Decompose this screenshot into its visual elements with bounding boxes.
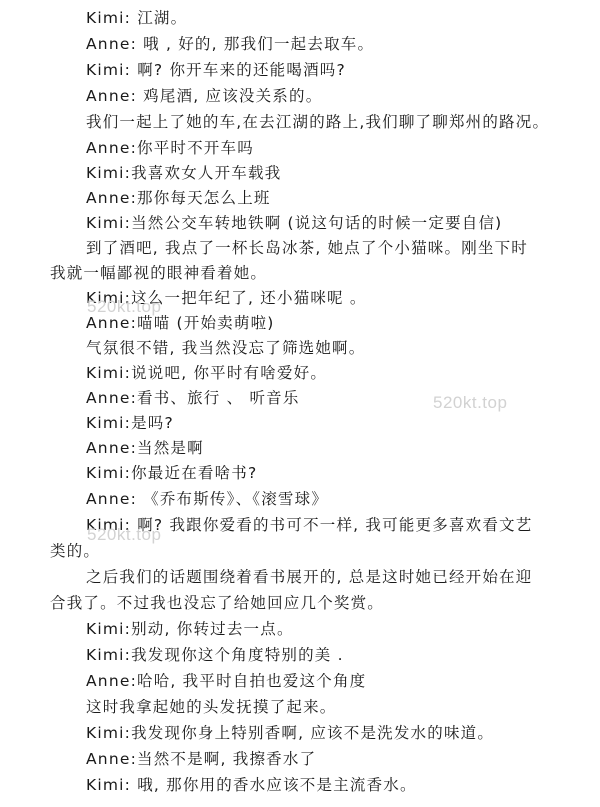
dialogue-line: Kimi:说说吧, 你平时有啥爱好。 [86, 363, 327, 383]
narration-line: 到了酒吧, 我点了一杯长岛冰茶, 她点了个小猫咪。刚坐下时 [86, 238, 528, 258]
dialogue-line: Kimi:我发现你这个角度特别的美 . [86, 645, 344, 665]
narration-line: 这时我拿起她的头发抚摸了起来。 [86, 697, 337, 717]
dialogue-line: Anne:你平时不开车吗 [86, 138, 254, 158]
document-page: Kimi: 江湖。 Anne: 哦 , 好的, 那我们一起去取车。 Kimi: … [0, 0, 600, 807]
watermark: 520kt.top [433, 393, 507, 413]
dialogue-line: Anne: 鸡尾酒, 应该没关系的。 [86, 86, 322, 106]
narration-line: 之后我们的话题围绕着看书展开的, 总是这时她已经开始在迎 [86, 567, 532, 587]
dialogue-line: Kimi:是吗? [86, 413, 174, 433]
narration-line: 我们一起上了她的车,在去江湖的路上,我们聊了聊郑州的路况。 [86, 112, 549, 132]
dialogue-line: Kimi:别动, 你转过去一点。 [86, 619, 294, 639]
dialogue-line: Kimi: 哦, 那你用的香水应该不是主流香水。 [86, 775, 417, 795]
narration-line: 气氛很不错, 我当然没忘了筛选她啊。 [86, 338, 365, 358]
dialogue-line: Kimi:我喜欢女人开车载我 [86, 163, 281, 183]
dialogue-line: Anne:当然不是啊, 我擦香水了 [86, 749, 316, 769]
narration-line: 我就一幅鄙视的眼神看着她。 [50, 263, 267, 283]
dialogue-line: Anne: 哦 , 好的, 那我们一起去取车。 [86, 34, 374, 54]
dialogue-line: Kimi: 江湖。 [86, 8, 187, 28]
dialogue-line: Anne:当然是啊 [86, 438, 204, 458]
dialogue-line: Anne:那你每天怎么上班 [86, 188, 271, 208]
dialogue-line: Kimi:你最近在看啥书? [86, 463, 257, 483]
dialogue-line: Anne:看书、旅行 、 听音乐 [86, 388, 300, 408]
dialogue-line: Kimi:当然公交车转地铁啊 (说这句话的时候一定要自信) [86, 213, 502, 233]
watermark: 520kt.top [87, 297, 161, 317]
narration-line: 合我了。不过我也没忘了给她回应几个奖赏。 [50, 593, 384, 613]
dialogue-line: Kimi:我发现你身上特别香啊, 应该不是洗发水的味道。 [86, 723, 494, 743]
dialogue-line: Anne: 《乔布斯传》、《滚雪球》 [86, 489, 328, 509]
dialogue-line: Kimi: 啊? 你开车来的还能喝酒吗? [86, 60, 346, 80]
watermark: 520kt.top [87, 525, 161, 545]
dialogue-line: Anne:哈哈, 我平时自拍也爱这个角度 [86, 671, 366, 691]
